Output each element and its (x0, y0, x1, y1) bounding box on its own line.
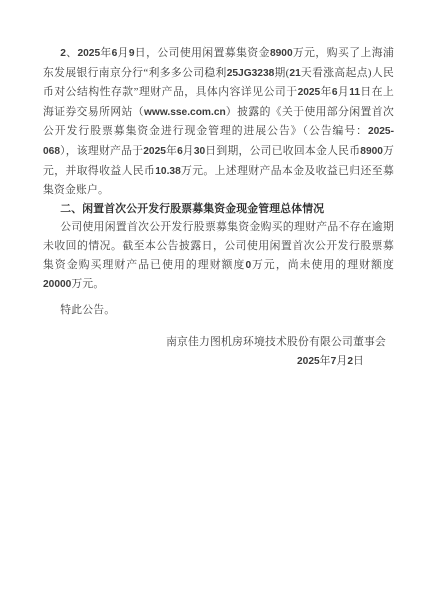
signature-block: 南京佳力图机房环境技术股份有限公司董事会 2025年7月2日 (43, 333, 394, 371)
signature-company-name: 南京佳力图机房环境技术股份有限公司董事会 (43, 333, 394, 352)
signature-date: 2025年7月2日 (43, 352, 394, 372)
section-heading-cash-management-overview: 二、闲置首次公开发行股票募集资金现金管理总体情况 (43, 200, 394, 219)
paragraph-cash-management-overview: 公司使用闲置首次公开发行股票募集资金购买的理财产品不存在逾期未收回的情况。截至本… (43, 218, 394, 294)
paragraph-item-2-fund-usage: 2、2025年6月9日，公司使用闲置募集资金8900万元，购买了上海浦东发展银行… (43, 44, 394, 200)
announcement-page: 2、2025年6月9日，公司使用闲置募集资金8900万元，购买了上海浦东发展银行… (0, 0, 424, 600)
closing-statement: 特此公告。 (43, 301, 394, 320)
